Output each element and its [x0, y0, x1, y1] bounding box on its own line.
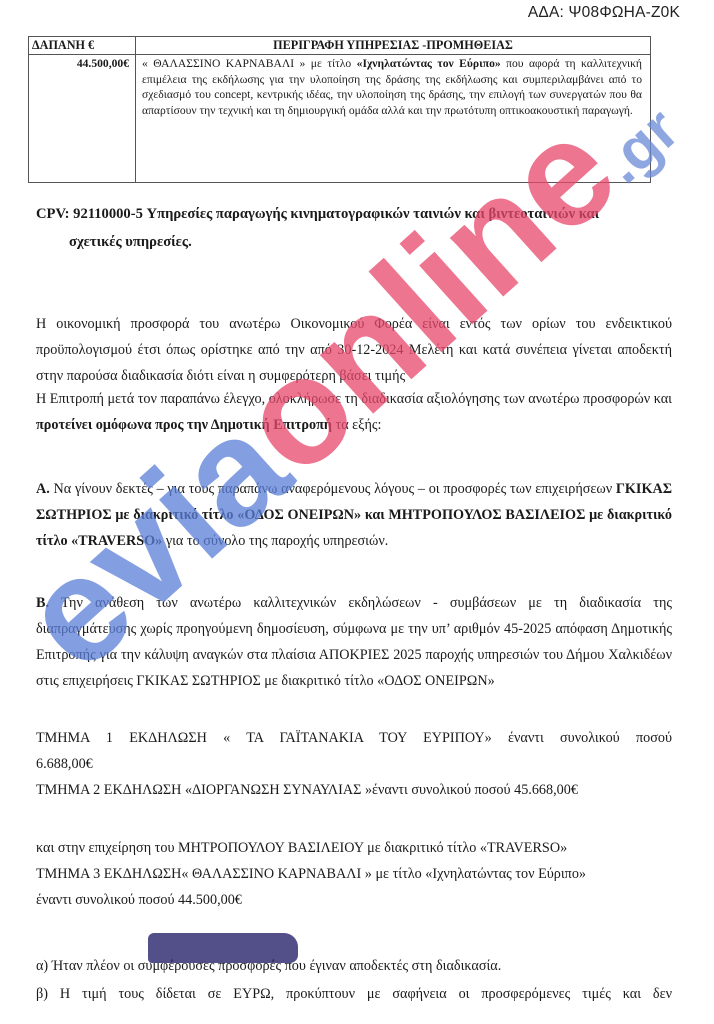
cpv-heading: CPV: 92110000-5 Υπηρεσίες παραγωγής κινη… [36, 200, 672, 256]
desc-title-bold: «Ιχνηλατώντας τον Εύριπο» [357, 57, 501, 70]
section-a-label: Α. [36, 481, 50, 497]
section-a: Α. Να γίνουν δεκτές – για τους παραπάνω … [36, 476, 672, 554]
desc-text: « ΘΑΛΑΣΣΙΝΟ ΚΑΡΝΑΒΑΛΙ » με τίτλο [142, 57, 357, 70]
tmima-1: ΤΜΗΜΑ 1 ΕΚΔΗΛΩΣΗ « ΤΑ ΓΑΪΤΑΝΑΚΙΑ ΤΟΥ ΕΥΡ… [36, 730, 672, 747]
expense-table: ΔΑΠΑΝΗ € ΠΕΡΙΓΡΑΦΗ ΥΠΗΡΕΣΙΑΣ -ΠΡΟΜΗΘΕΙΑΣ… [28, 36, 651, 183]
header-description: ΠΕΡΙΓΡΑΦΗ ΥΠΗΡΕΣΙΑΣ -ΠΡΟΜΗΘΕΙΑΣ [136, 37, 651, 55]
reason-a: α) Ήταν πλέον οι συμφέρουσες προσφορές π… [36, 958, 672, 975]
section-b-label: Β. [36, 595, 49, 611]
paragraph-committee: Η Επιτροπή μετά τον παραπάνω έλεγχο, ολο… [36, 386, 672, 438]
header-expense: ΔΑΠΑΝΗ € [29, 37, 136, 55]
tmima-2: ΤΜΗΜΑ 2 ΕΚΔΗΛΩΣΗ «ΔΙΟΡΓΑΝΩΣΗ ΣΥΝΑΥΛΙΑΣ »… [36, 782, 672, 799]
committee-text: Η Επιτροπή μετά τον παραπάνω έλεγχο, ολο… [36, 391, 672, 407]
paragraph-offer: Η οικονομική προσφορά του ανωτέρω Οικονο… [36, 311, 672, 389]
table-row: 44.500,00€ « ΘΑΛΑΣΣΙΝΟ ΚΑΡΝΑΒΑΛΙ » με τί… [29, 55, 651, 183]
cpv-line2: σχετικές υπηρεσίες. [36, 228, 672, 256]
tmima-3: ΤΜΗΜΑ 3 ΕΚΔΗΛΩΣΗ« ΘΑΛΑΣΣΙΝΟ ΚΑΡΝΑΒΑΛΙ » … [36, 866, 672, 883]
section-b: Β. Την ανάθεση των ανωτέρω καλλιτεχνικών… [36, 590, 672, 694]
reason-b: β) Η τιμή τους δίδεται σε ΕΥΡΩ, προκύπτο… [36, 986, 672, 1003]
section-b-text: Την ανάθεση των ανωτέρω καλλιτεχνικών εκ… [36, 595, 672, 689]
second-firm: και στην επιχείρηση του ΜΗΤΡΟΠΟΥΛΟΥ ΒΑΣΙ… [36, 840, 672, 857]
cpv-line1: CPV: 92110000-5 Υπηρεσίες παραγωγής κινη… [36, 206, 599, 222]
row-description: « ΘΑΛΑΣΣΙΝΟ ΚΑΡΝΑΒΑΛΙ » με τίτλο «Ιχνηλα… [136, 55, 651, 183]
table-header-row: ΔΑΠΑΝΗ € ΠΕΡΙΓΡΑΦΗ ΥΠΗΡΕΣΙΑΣ -ΠΡΟΜΗΘΕΙΑΣ [29, 37, 651, 55]
tmima-1-amount: 6.688,00€ [36, 756, 672, 773]
committee-tail: τα εξής: [332, 417, 382, 433]
row-amount: 44.500,00€ [29, 55, 136, 183]
section-a-tail: για το σύνολο της παροχής υπηρεσιών. [162, 533, 388, 549]
committee-bold: προτείνει ομόφωνα προς την Δημοτική Επιτ… [36, 417, 332, 433]
tmima-3-amount: έναντι συνολικού ποσού 44.500,00€ [36, 892, 672, 909]
section-a-text: Να γίνουν δεκτές – για τους παραπάνω ανα… [50, 481, 616, 497]
ada-code: ΑΔΑ: Ψ08ΦΩΗΑ-Ζ0Κ [528, 4, 680, 22]
